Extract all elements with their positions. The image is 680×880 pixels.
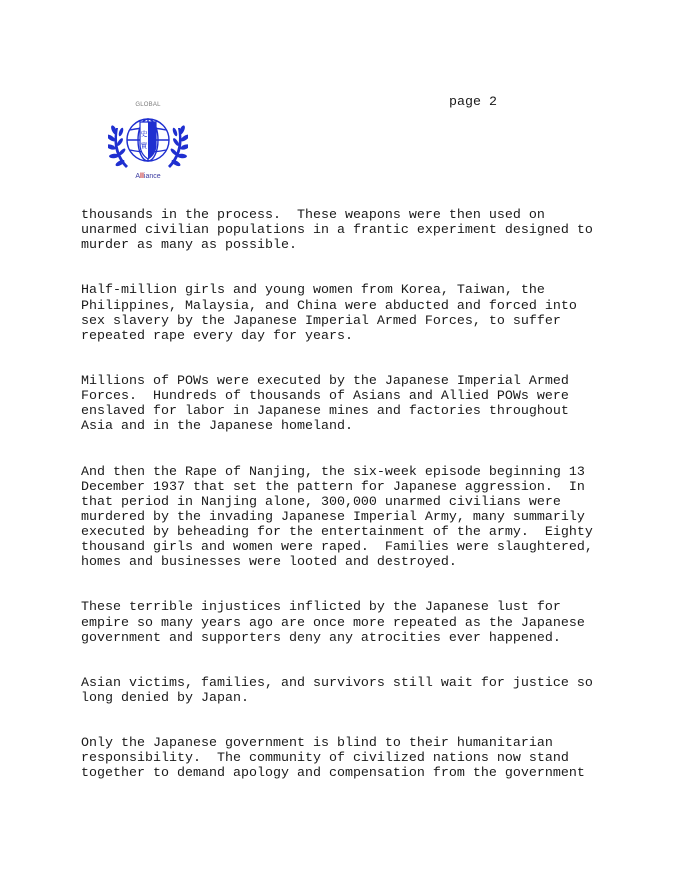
paragraph-denial: These terrible injustices inflicted by t… — [81, 600, 621, 645]
logo-bottom-text: Alliance — [108, 173, 188, 180]
document-body: thousands in the process. These weapons … — [81, 208, 621, 812]
global-alliance-logo: GLOBAL — [108, 100, 188, 184]
paragraph-pows: Millions of POWs were executed by the Ja… — [81, 374, 621, 434]
paragraph-victims-wait: Asian victims, families, and survivors s… — [81, 676, 621, 706]
paragraph-demand-apology: Only the Japanese government is blind to… — [81, 736, 621, 781]
svg-text:實: 實 — [141, 141, 149, 150]
logo-top-text: GLOBAL — [108, 102, 188, 108]
svg-text:史: 史 — [141, 129, 148, 138]
page-number: page 2 — [449, 95, 497, 110]
paragraph-sex-slavery: Half-million girls and young women from … — [81, 283, 621, 343]
paragraph-weapons-experiments: thousands in the process. These weapons … — [81, 208, 621, 253]
paragraph-nanjing: And then the Rape of Nanjing, the six-we… — [81, 465, 621, 571]
globe-laurel-emblem-icon: 史 實 — [108, 110, 188, 172]
